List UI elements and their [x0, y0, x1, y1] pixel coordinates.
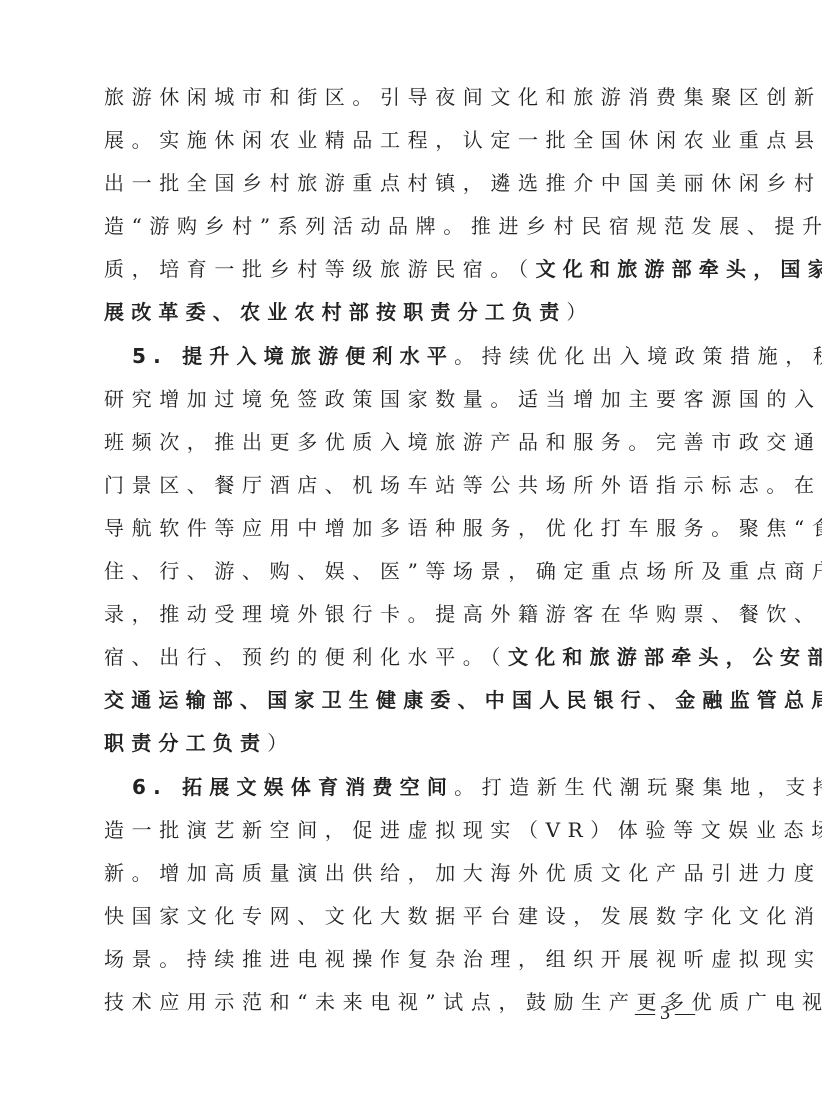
- text-line: 新。增加高质量演出供给，加大海外优质文化产品引进力度。加: [104, 855, 734, 898]
- text-segment: 。打造新生代潮玩聚集地，支持打: [454, 775, 822, 799]
- text-line: 宿、出行、预约的便利化水平。（文化和旅游部牵头，公安部、: [104, 639, 734, 682]
- text-line: 住、行、游、购、娱、医”等场景，确定重点场所及重点商户名: [104, 553, 734, 596]
- text-line: 场景。持续推进电视操作复杂治理，组织开展视听虚拟现实制作: [104, 941, 734, 984]
- text-segment: 门景区、餐厅酒店、机场车站等公共场所外语指示标志。在地图: [104, 473, 822, 497]
- document-page: 旅游休闲城市和街区。引导夜间文化和旅游消费集聚区创新发展。实施休闲农业精品工程，…: [0, 0, 822, 1112]
- text-line: 造一批演艺新空间，促进虚拟现实（VR）体验等文娱业态场景创: [104, 812, 734, 855]
- text-line: 交通运输部、国家卫生健康委、中国人民银行、金融监管总局按: [104, 682, 734, 725]
- text-line: 旅游休闲城市和街区。引导夜间文化和旅游消费集聚区创新发: [104, 79, 734, 122]
- text-segment: 质，培育一批乡村等级旅游民宿。（: [104, 257, 536, 281]
- bold-text-segment: 交通运输部、国家卫生健康委、中国人民银行、金融监管总局按: [104, 688, 822, 712]
- text-line: 6. 拓展文娱体育消费空间。打造新生代潮玩聚集地，支持打: [104, 769, 734, 812]
- text-line: 造“游购乡村”系列活动品牌。推进乡村民宿规范发展、提升品: [104, 208, 734, 251]
- text-segment: 旅游休闲城市和街区。引导夜间文化和旅游消费集聚区创新发: [104, 85, 822, 109]
- text-line: 5. 提升入境旅游便利水平。持续优化出入境政策措施，积极: [104, 338, 734, 381]
- text-line: 录，推动受理境外银行卡。提高外籍游客在华购票、餐饮、住: [104, 596, 734, 639]
- bold-text-segment: 5. 提升入境旅游便利水平: [132, 344, 454, 368]
- text-segment: 导航软件等应用中增加多语种服务，优化打车服务。聚焦“食、: [104, 516, 822, 540]
- text-line: 职责分工负责）: [104, 725, 734, 768]
- text-segment: ）: [566, 300, 594, 324]
- document-body: 旅游休闲城市和街区。引导夜间文化和旅游消费集聚区创新发展。实施休闲农业精品工程，…: [104, 79, 734, 1027]
- text-line: 出一批全国乡村旅游重点村镇，遴选推介中国美丽休闲乡村。打: [104, 165, 734, 208]
- text-segment: 快国家文化专网、文化大数据平台建设，发展数字化文化消费新: [104, 904, 822, 928]
- text-line: 展。实施休闲农业精品工程，认定一批全国休闲农业重点县，推: [104, 122, 734, 165]
- text-segment: 造一批演艺新空间，促进虚拟现实（VR）体验等文娱业态场景创: [104, 818, 822, 842]
- text-segment: 展。实施休闲农业精品工程，认定一批全国休闲农业重点县，推: [104, 128, 822, 152]
- text-segment: 造“游购乡村”系列活动品牌。推进乡村民宿规范发展、提升品: [104, 214, 822, 238]
- text-segment: 。持续优化出入境政策措施，积极: [454, 344, 822, 368]
- text-line: 快国家文化专网、文化大数据平台建设，发展数字化文化消费新: [104, 898, 734, 941]
- page-number: — 3 —: [625, 1002, 705, 1025]
- text-segment: ）: [267, 731, 295, 755]
- bold-text-segment: 文化和旅游部牵头，国家发: [536, 257, 822, 281]
- text-segment: 出一批全国乡村旅游重点村镇，遴选推介中国美丽休闲乡村。打: [104, 171, 822, 195]
- text-line: 导航软件等应用中增加多语种服务，优化打车服务。聚焦“食、: [104, 510, 734, 553]
- text-segment: 技术应用示范和“未来电视”试点，鼓励生产更多优质广电视听: [104, 990, 822, 1014]
- text-line: 班频次，推出更多优质入境旅游产品和服务。完善市政交通、热: [104, 424, 734, 467]
- bold-text-segment: 职责分工负责: [104, 731, 267, 755]
- bold-text-segment: 文化和旅游部牵头，公安部、: [508, 645, 822, 669]
- bold-text-segment: 展改革委、农业农村部按职责分工负责: [104, 300, 566, 324]
- text-segment: 录，推动受理境外银行卡。提高外籍游客在华购票、餐饮、住: [104, 602, 822, 626]
- text-segment: 新。增加高质量演出供给，加大海外优质文化产品引进力度。加: [104, 861, 822, 885]
- text-segment: 住、行、游、购、娱、医”等场景，确定重点场所及重点商户名: [104, 559, 822, 583]
- text-line: 研究增加过境免签政策国家数量。适当增加主要客源国的入境航: [104, 381, 734, 424]
- text-segment: 场景。持续推进电视操作复杂治理，组织开展视听虚拟现实制作: [104, 947, 822, 971]
- text-segment: 班频次，推出更多优质入境旅游产品和服务。完善市政交通、热: [104, 430, 822, 454]
- text-line: 质，培育一批乡村等级旅游民宿。（文化和旅游部牵头，国家发: [104, 251, 734, 294]
- bold-text-segment: 6. 拓展文娱体育消费空间: [132, 775, 454, 799]
- text-line: 展改革委、农业农村部按职责分工负责）: [104, 294, 734, 337]
- text-line: 门景区、餐厅酒店、机场车站等公共场所外语指示标志。在地图: [104, 467, 734, 510]
- text-segment: 宿、出行、预约的便利化水平。（: [104, 645, 508, 669]
- text-segment: 研究增加过境免签政策国家数量。适当增加主要客源国的入境航: [104, 387, 822, 411]
